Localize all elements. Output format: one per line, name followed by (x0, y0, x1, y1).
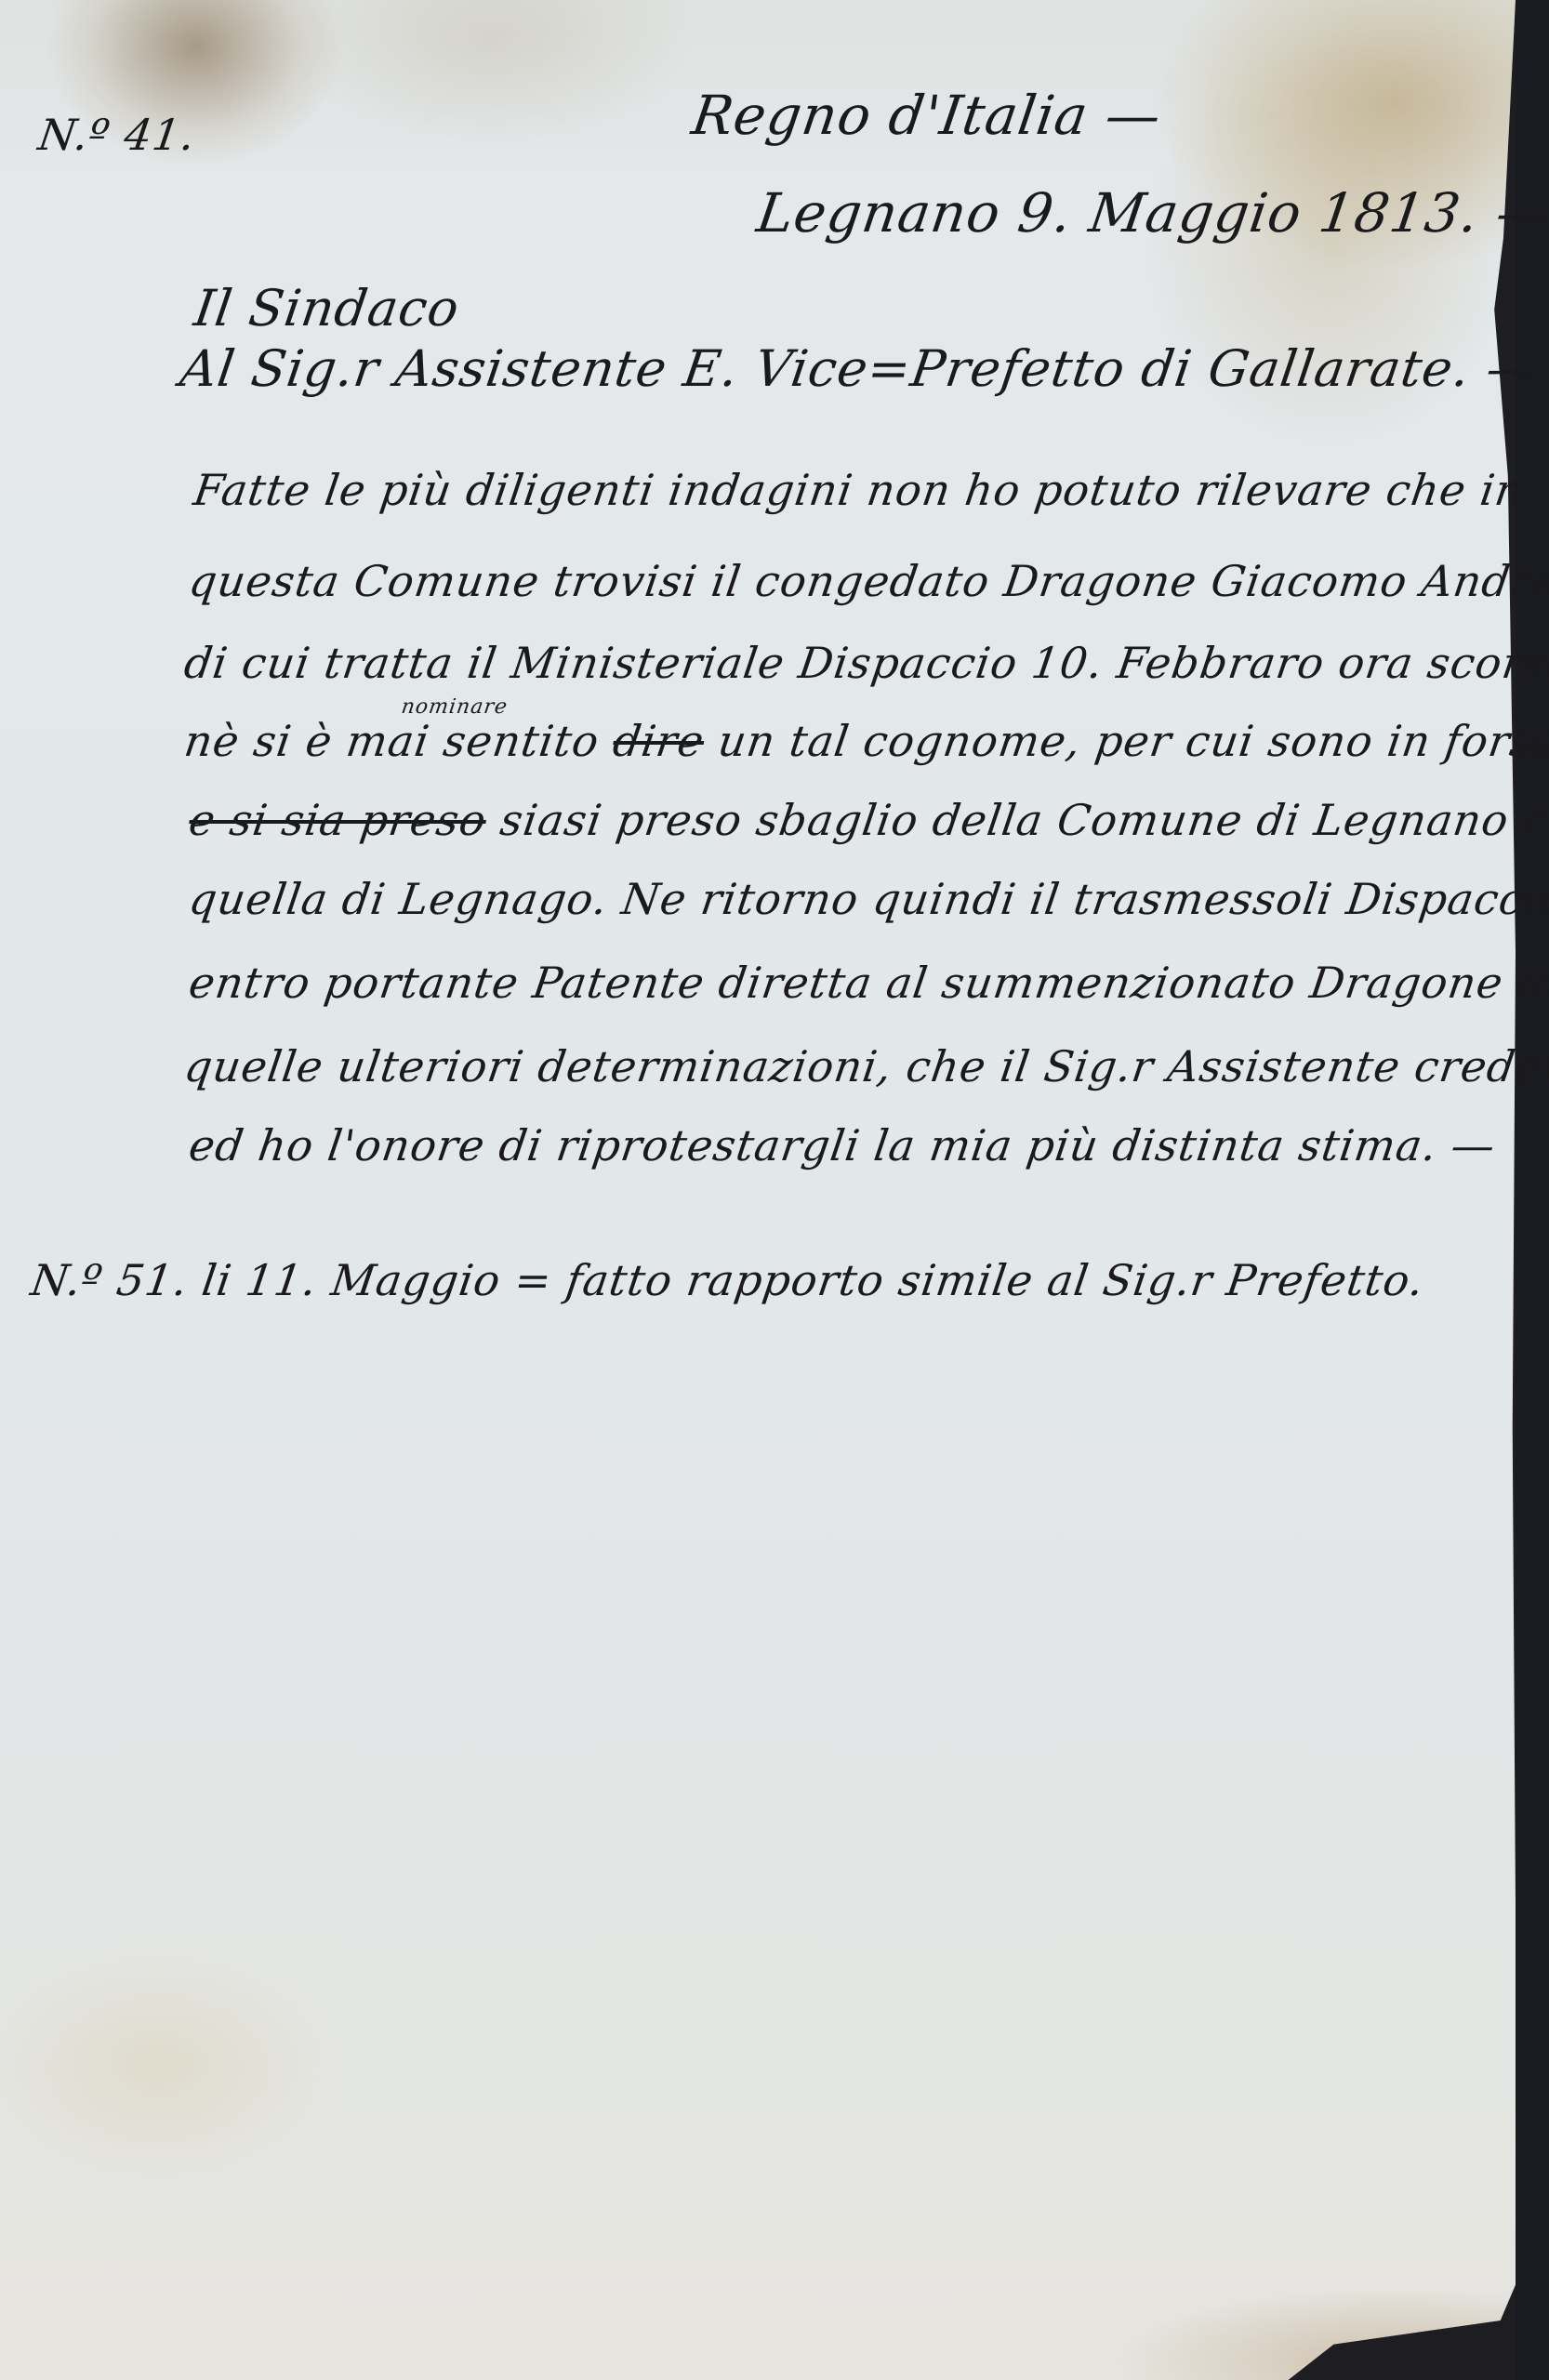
body-line-2: questa Comune trovisi il congedato Drago… (186, 556, 1549, 606)
body-line-4-end: un tal cognome, per cui sono in forse, c… (715, 716, 1549, 766)
struck-word: dire (610, 716, 708, 766)
body-line-5-text: siasi preso sbaglio della Comune di Legn… (497, 795, 1549, 845)
footnote-line: N.º 51. li 11. Maggio = fatto rapporto s… (28, 1255, 1427, 1305)
struck-phrase: e si sia preso (186, 795, 490, 845)
reference-number: N.º 41. (35, 110, 199, 160)
body-line-7: entro portante Patente diretta al summen… (186, 958, 1549, 1008)
addressee-line: Al Sig.r Assistente E. Vice=Prefetto di … (177, 339, 1542, 398)
body-line-5: e si sia preso siasi preso sbaglio della… (186, 795, 1549, 845)
header-place-date: Legnano 9. Maggio 1813. — (753, 181, 1549, 245)
body-line-3: di cui tratta il Ministeriale Dispaccio … (181, 638, 1549, 688)
sender-line: Il Sindaco (191, 279, 463, 337)
body-line-9: ed ho l'onore di riprotestargli la mia p… (186, 1120, 1499, 1170)
body-line-4-start: nè si è mai sentito (181, 716, 602, 766)
body-line-8: quelle ulteriori determinazioni, che il … (181, 1041, 1549, 1091)
body-line-6: quella di Legnago. Ne ritorno quindi il … (186, 874, 1549, 924)
body-line-1: Fatte le più diligenti indagini non ho p… (191, 465, 1528, 515)
body-line-4a: nè si è mai sentito dire un tal cognome,… (181, 716, 1549, 766)
header-kingdom: Regno d'Italia — (688, 84, 1165, 147)
